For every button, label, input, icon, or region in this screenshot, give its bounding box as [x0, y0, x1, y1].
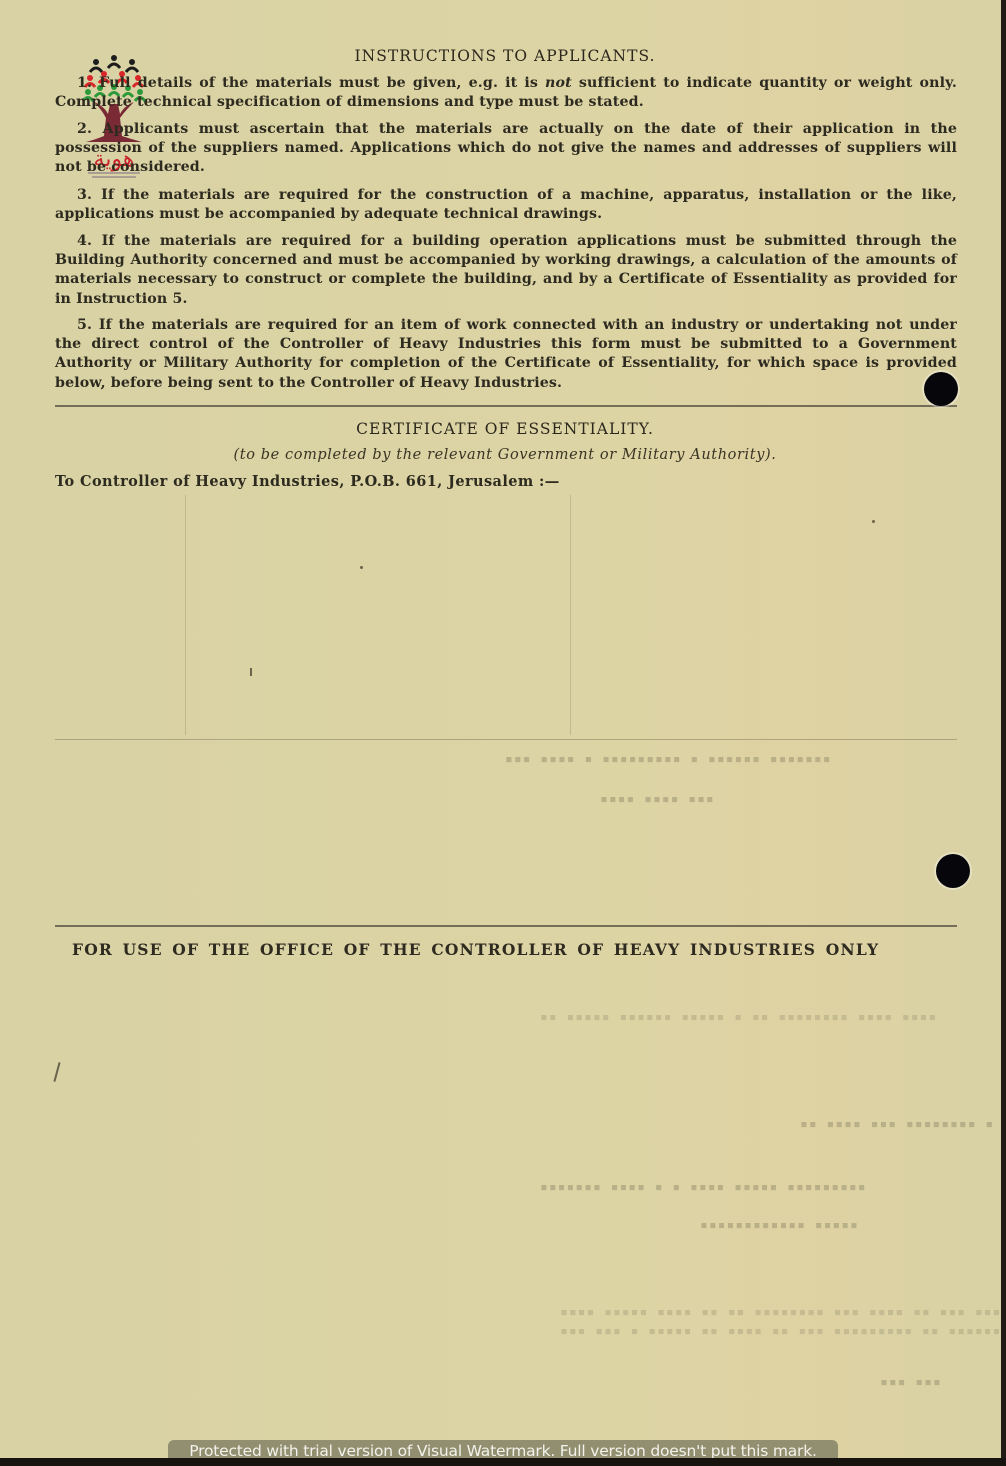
office-use-heading: FOR USE OF THE OFFICE OF THE CONTROLLER …	[72, 940, 952, 959]
instructions-heading: INSTRUCTIONS TO APPLICANTS.	[0, 47, 1001, 65]
bleed-through-text: ▪▪▪▪▪▪▪ ▪▪▪▪ ▪ ▪ ▪▪▪▪ ▪▪▪▪▪ ▪▪▪▪▪▪▪▪▪	[540, 1180, 867, 1195]
paper-speck	[360, 566, 363, 569]
bleed-through-text: ▪▪▪ ▪▪▪	[880, 1375, 942, 1390]
scan-edge	[0, 1458, 1006, 1466]
certificate-heading: CERTIFICATE OF ESSENTIALITY.	[0, 420, 1001, 438]
paper-speck	[250, 668, 252, 676]
bleed-through-text: ▪▪ ▪▪▪▪▪ ▪▪▪▪▪▪ ▪▪▪▪▪ ▪ ▪▪ ▪▪▪▪▪▪▪▪ ▪▪▪▪…	[540, 1010, 937, 1025]
bleed-through-text: ▪▪▪▪ ▪▪▪▪ ▪▪▪	[600, 792, 715, 807]
instruction-1: 1. Full details of the materials must be…	[55, 74, 957, 112]
instruction-5: 5. If the materials are required for an …	[55, 316, 957, 393]
bleed-through-text: ▪▪▪▪ ▪▪▪▪▪ ▪▪▪▪ ▪▪ ▪▪ ▪▪▪▪▪▪▪▪ ▪▪▪ ▪▪▪▪ …	[560, 1305, 1001, 1320]
paper-speck	[872, 520, 875, 523]
document-page: هوية INSTRUCTIONS TO APPLICANTS. 1. Full…	[0, 0, 1001, 1458]
bleed-through-text: ▪▪▪▪▪▪▪▪▪▪▪▪ ▪▪▪▪▪	[700, 1218, 859, 1233]
watermark-banner: Protected with trial version of Visual W…	[168, 1440, 838, 1458]
bleed-through-text: ▪▪▪ ▪▪▪▪ ▪ ▪▪▪▪▪▪▪▪▪ ▪ ▪▪▪▪▪▪ ▪▪▪▪▪▪▪	[505, 752, 832, 767]
addressee-line: To Controller of Heavy Industries, P.O.B…	[55, 473, 560, 490]
bleed-through-text: ▪▪ ▪▪▪▪ ▪▪▪ ▪▪▪▪▪▪▪▪ ▪ ▪▪▪▪	[800, 1117, 1001, 1132]
paper-speck	[53, 1062, 60, 1082]
divider-rule	[55, 405, 957, 407]
instruction-3: 3. If the materials are required for the…	[55, 186, 957, 224]
bleed-through-line	[570, 495, 571, 735]
bleed-through-line	[185, 495, 186, 735]
bleed-through-rule	[55, 739, 957, 740]
instruction-4: 4. If the materials are required for a b…	[55, 232, 957, 309]
bleed-through-text: ▪▪▪ ▪▪▪ ▪ ▪▪▪▪▪ ▪▪ ▪▪▪▪ ▪▪ ▪▪▪ ▪▪▪▪▪▪▪▪▪…	[560, 1324, 1001, 1339]
scan-edge	[1001, 0, 1006, 1466]
divider-rule	[55, 925, 957, 927]
certificate-subtitle: (to be completed by the relevant Governm…	[0, 447, 1001, 463]
instruction-2: 2. Applicants must ascertain that the ma…	[55, 120, 957, 178]
punch-hole	[924, 372, 958, 406]
punch-hole	[936, 854, 970, 888]
